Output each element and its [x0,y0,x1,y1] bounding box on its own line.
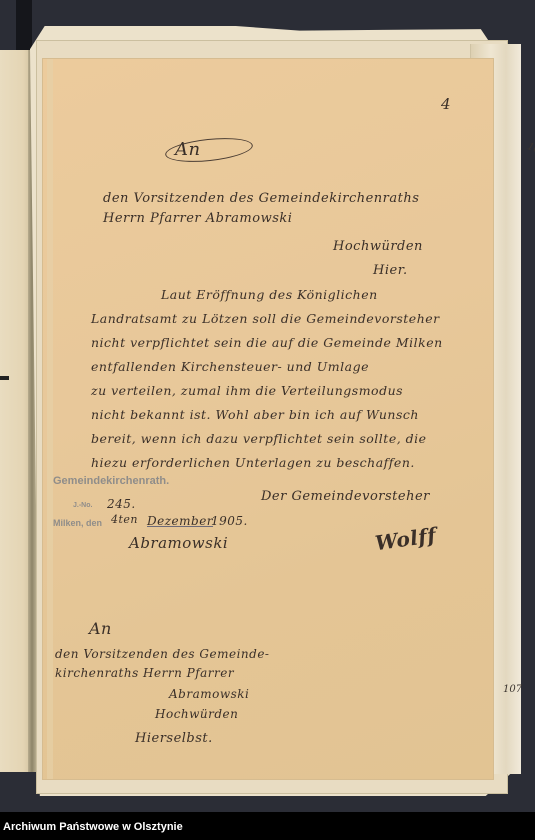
archive-caption-bar: Archiwum Państwowe w Olsztynie [0,812,535,840]
body-line: nicht bekannt ist. Wohl aber bin ich auf… [91,407,419,422]
stamp-number-value: 245. [107,497,136,511]
document-scan: 106 107 4 An den Vorsitzenden des Gemein… [0,0,535,812]
body-line: entfallenden Kirchensteuer- und Umlage [91,359,369,374]
stamp-signature: Abramowski [129,534,228,552]
honorific-1: Hochwürden [333,239,423,254]
stamp-place-date: Milken, den [53,518,102,528]
body-line: Laut Eröffnung des Königlichen [161,287,378,302]
reply-line-2: kirchenraths Herrn Pfarrer [55,666,234,680]
reply-to: An [89,619,112,638]
body-line: nicht verpflichtet sein die auf die Geme… [91,335,443,350]
reply-line-4: Hochwürden [155,707,238,721]
body-line: zu verteilen, zumal ihm die Verteilungsm… [91,383,403,398]
addressee-line-2: Herrn Pfarrer Abramowski [103,211,292,226]
document-page: 4 An den Vorsitzenden des Gemeindekirche… [42,58,494,780]
body-line: hiezu erforderlichen Unterlagen zu besch… [91,455,415,470]
addressee-line-1: den Vorsitzenden des Gemeindekirchenrath… [103,191,419,206]
stamp-day: 4ten [111,513,138,526]
edge-note-bottom: 107 [503,684,522,695]
stamp-title: Gemeindekirchenrath. [53,475,169,487]
closing: Der Gemeindevorsteher [261,489,430,504]
honorific-2: Hier. [373,263,408,278]
body-line: bereit, wenn ich dazu verpflichtet sein … [91,431,427,446]
signature: Wolff [374,523,438,555]
stamp-month: Dezember [147,514,213,528]
reply-line-1: den Vorsitzenden des Gemeinde- [55,647,269,661]
reply-line-5: Hierselbst. [135,731,213,746]
reply-line-3: Abramowski [169,687,249,701]
stamp-number-label: J.-No. [73,502,92,509]
edge-note-top: 106 [526,141,535,158]
archive-name: Archiwum Państwowe w Olsztynie [3,821,183,833]
stamp-year: 1905. [211,514,248,528]
binding-shadow [16,0,32,52]
folio-number: 4 [441,95,451,113]
ink-mark [0,376,9,380]
body-line: Landratsamt zu Lötzen soll die Gemeindev… [91,311,440,326]
